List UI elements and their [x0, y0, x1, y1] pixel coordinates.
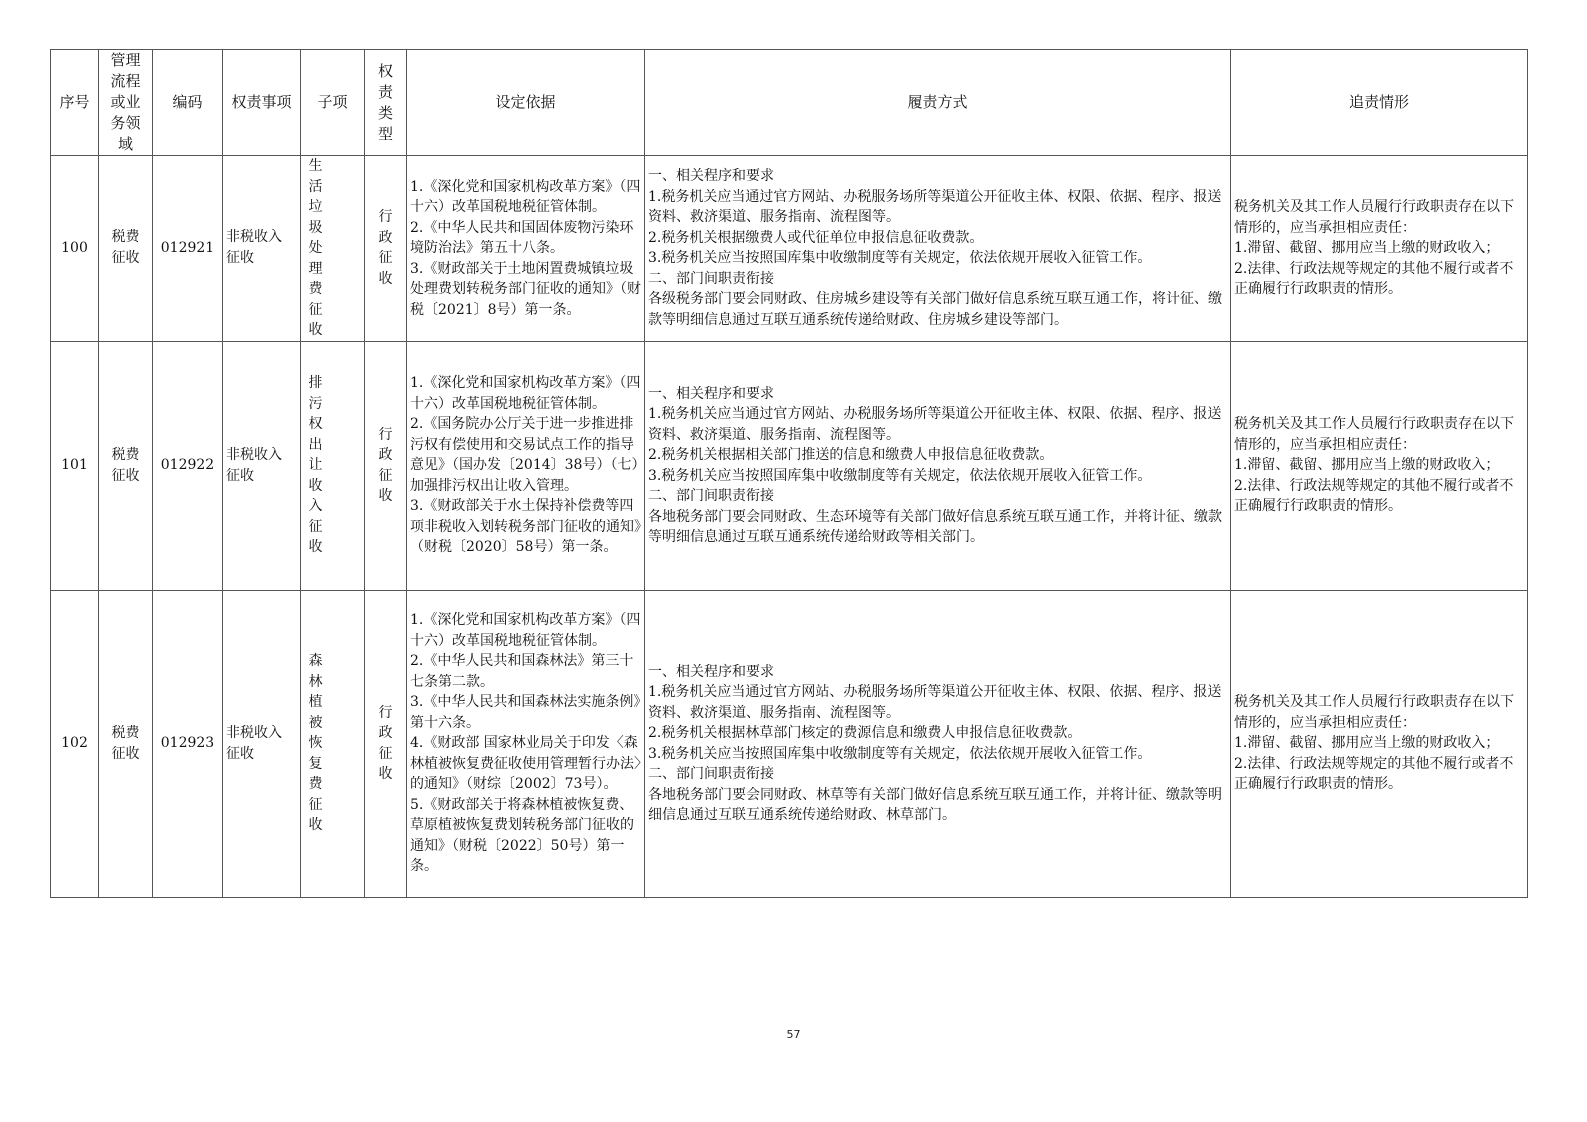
header-basis: 设定依据: [407, 50, 645, 156]
cell-basis: 1.《深化党和国家机构改革方案》（四十六）改革国税地税征管体制。2.《中华人民共…: [407, 156, 645, 342]
header-code: 编码: [153, 50, 223, 156]
header-liability: 追责情形: [1231, 50, 1528, 156]
table-header-row: 序号 管理流程或业务领域 编码 权责事项 子项 权责类型 设定依据 履责方式 追…: [51, 50, 1528, 156]
header-type: 权责类型: [365, 50, 407, 156]
cell-method: 一、相关程序和要求1.税务机关应当通过官方网站、办税服务场所等渠道公开征收主体、…: [645, 590, 1231, 897]
cell-item: 非税收入征收: [223, 156, 301, 342]
liability-line: 2.法律、行政法规等规定的其他不履行或者不正确履行行政职责的情形。: [1234, 754, 1524, 795]
page-number: 57: [0, 1028, 1587, 1041]
cell-basis: 1.《深化党和国家机构改革方案》（四十六）改革国税地税征管体制。2.《中华人民共…: [407, 590, 645, 897]
cell-domain: 税费征收: [99, 341, 153, 590]
cell-domain: 税费征收: [99, 590, 153, 897]
method-line: 1.税务机关应当通过官方网站、办税服务场所等渠道公开征收主体、权限、依据、程序、…: [648, 682, 1227, 723]
table-row: 102 税费征收 012923 非税收入征收 森林植被恢复费征收 行政征收 1.…: [51, 590, 1528, 897]
liability-line: 税务机关及其工作人员履行行政职责存在以下情形的，应当承担相应责任：: [1234, 692, 1524, 733]
table-row: 100 税费征收 012921 非税收入征收 生活垃圾处理费征收 行政征收 1.…: [51, 156, 1528, 342]
method-line: 各级税务部门要会同财政、住房城乡建设等有关部门做好信息系统互联互通工作，将计征、…: [648, 289, 1227, 330]
header-domain: 管理流程或业务领域: [99, 50, 153, 156]
cell-code: 012922: [153, 341, 223, 590]
header-sub: 子项: [301, 50, 365, 156]
table-row: 101 税费征收 012922 非税收入征收 排污权出让收入征收 行政征收 1.…: [51, 341, 1528, 590]
method-line: 2.税务机关根据缴费人或代征单位申报信息征收费款。: [648, 228, 1227, 249]
cell-type: 行政征收: [365, 590, 407, 897]
cell-code: 012921: [153, 156, 223, 342]
cell-seq: 102: [51, 590, 99, 897]
cell-code: 012923: [153, 590, 223, 897]
cell-basis: 1.《深化党和国家机构改革方案》（四十六）改革国税地税征管体制。2.《国务院办公…: [407, 341, 645, 590]
method-line: 1.税务机关应当通过官方网站、办税服务场所等渠道公开征收主体、权限、依据、程序、…: [648, 404, 1227, 445]
basis-line: 2.《中华人民共和国固体废物污染环境防治法》第五十八条。: [410, 218, 641, 259]
liability-line: 税务机关及其工作人员履行行政职责存在以下情形的，应当承担相应责任：: [1234, 197, 1524, 238]
method-line: 一、相关程序和要求: [648, 166, 1227, 187]
basis-line: 1.《深化党和国家机构改革方案》（四十六）改革国税地税征管体制。: [410, 373, 641, 414]
cell-type: 行政征收: [365, 341, 407, 590]
method-line: 一、相关程序和要求: [648, 384, 1227, 405]
basis-line: 2.《国务院办公厅关于进一步推进排污权有偿使用和交易试点工作的指导意见》（国办发…: [410, 414, 641, 496]
basis-line: 3.《中华人民共和国森林法实施条例》第十六条。: [410, 692, 641, 733]
cell-item: 非税收入征收: [223, 590, 301, 897]
cell-liability: 税务机关及其工作人员履行行政职责存在以下情形的，应当承担相应责任：1.滞留、截留…: [1231, 590, 1528, 897]
liability-line: 税务机关及其工作人员履行行政职责存在以下情形的，应当承担相应责任：: [1234, 414, 1524, 455]
method-line: 3.税务机关应当按照国库集中收缴制度等有关规定，依法依规开展收入征管工作。: [648, 466, 1227, 487]
method-line: 一、相关程序和要求: [648, 662, 1227, 683]
cell-seq: 101: [51, 341, 99, 590]
header-seq: 序号: [51, 50, 99, 156]
header-item: 权责事项: [223, 50, 301, 156]
cell-sub: 森林植被恢复费征收: [301, 590, 365, 897]
method-line: 2.税务机关根据林草部门核定的费源信息和缴费人申报信息征收费款。: [648, 723, 1227, 744]
header-method: 履责方式: [645, 50, 1231, 156]
basis-line: 1.《深化党和国家机构改革方案》（四十六）改革国税地税征管体制。: [410, 177, 641, 218]
cell-method: 一、相关程序和要求1.税务机关应当通过官方网站、办税服务场所等渠道公开征收主体、…: [645, 341, 1231, 590]
method-line: 各地税务部门要会同财政、生态环境等有关部门做好信息系统互联互通工作，并将计征、缴…: [648, 507, 1227, 548]
method-line: 二、部门间职责衔接: [648, 269, 1227, 290]
cell-item: 非税收入征收: [223, 341, 301, 590]
cell-method: 一、相关程序和要求1.税务机关应当通过官方网站、办税服务场所等渠道公开征收主体、…: [645, 156, 1231, 342]
method-line: 1.税务机关应当通过官方网站、办税服务场所等渠道公开征收主体、权限、依据、程序、…: [648, 187, 1227, 228]
responsibility-table: 序号 管理流程或业务领域 编码 权责事项 子项 权责类型 设定依据 履责方式 追…: [50, 49, 1528, 898]
liability-line: 2.法律、行政法规等规定的其他不履行或者不正确履行行政职责的情形。: [1234, 476, 1524, 517]
basis-line: 3.《财政部关于土地闲置费城镇垃圾处理费划转税务部门征收的通知》（财税〔2021…: [410, 259, 641, 321]
method-line: 二、部门间职责衔接: [648, 764, 1227, 785]
liability-line: 1.滞留、截留、挪用应当上缴的财政收入；: [1234, 455, 1524, 476]
cell-liability: 税务机关及其工作人员履行行政职责存在以下情形的，应当承担相应责任：1.滞留、截留…: [1231, 341, 1528, 590]
method-line: 3.税务机关应当按照国库集中收缴制度等有关规定，依法依规开展收入征管工作。: [648, 744, 1227, 765]
basis-line: 5.《财政部关于将森林植被恢复费、草原植被恢复费划转税务部门征收的通知》（财税〔…: [410, 795, 641, 877]
method-line: 二、部门间职责衔接: [648, 486, 1227, 507]
cell-domain: 税费征收: [99, 156, 153, 342]
basis-line: 2.《中华人民共和国森林法》第三十七条第二款。: [410, 651, 641, 692]
method-line: 2.税务机关根据相关部门推送的信息和缴费人申报信息征收费款。: [648, 445, 1227, 466]
liability-line: 1.滞留、截留、挪用应当上缴的财政收入；: [1234, 733, 1524, 754]
method-line: 3.税务机关应当按照国库集中收缴制度等有关规定，依法依规开展收入征管工作。: [648, 248, 1227, 269]
liability-line: 1.滞留、截留、挪用应当上缴的财政收入；: [1234, 238, 1524, 259]
cell-sub: 排污权出让收入征收: [301, 341, 365, 590]
cell-liability: 税务机关及其工作人员履行行政职责存在以下情形的，应当承担相应责任：1.滞留、截留…: [1231, 156, 1528, 342]
basis-line: 4.《财政部 国家林业局关于印发〈森林植被恢复费征收使用管理暂行办法〉的通知》（…: [410, 733, 641, 795]
basis-line: 1.《深化党和国家机构改革方案》（四十六）改革国税地税征管体制。: [410, 610, 641, 651]
method-line: 各地税务部门要会同财政、林草等有关部门做好信息系统互联互通工作，并将计征、缴款等…: [648, 785, 1227, 826]
cell-type: 行政征收: [365, 156, 407, 342]
cell-sub: 生活垃圾处理费征收: [301, 156, 365, 342]
basis-line: 3.《财政部关于水土保持补偿费等四项非税收入划转税务部门征收的通知》（财税〔20…: [410, 496, 641, 558]
liability-line: 2.法律、行政法规等规定的其他不履行或者不正确履行行政职责的情形。: [1234, 259, 1524, 300]
cell-seq: 100: [51, 156, 99, 342]
